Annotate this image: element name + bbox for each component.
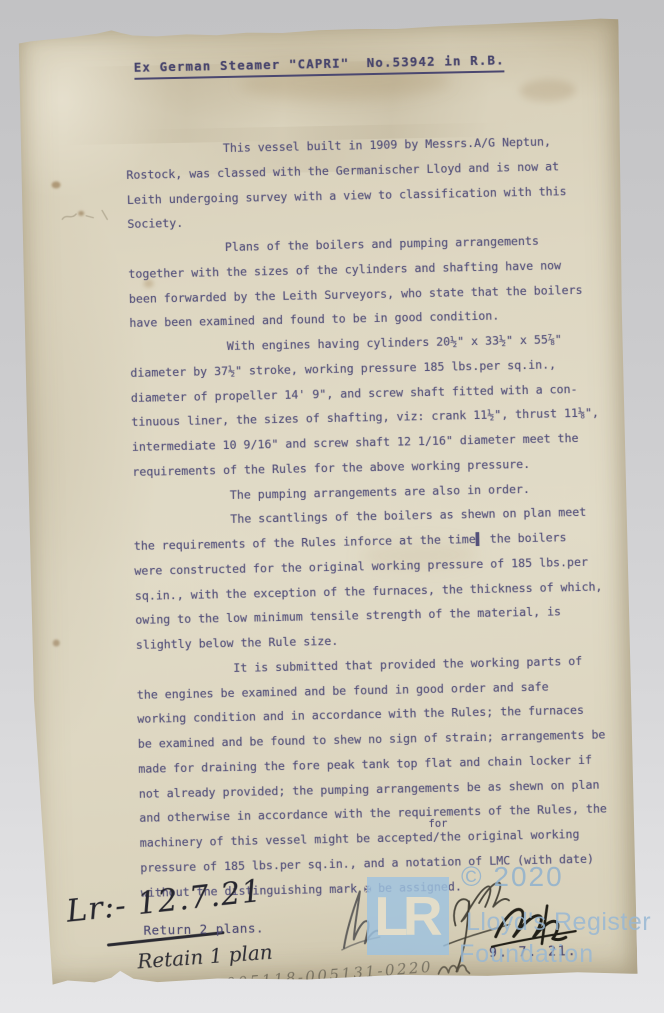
inserted-word: for	[428, 812, 447, 837]
signature-pencil-initials	[333, 881, 390, 967]
typed-note: Return 2 plans.	[143, 920, 264, 937]
typed-body: This vessel built in 1909 by Messrs.A/G …	[126, 129, 609, 905]
document-title-text: Ex German Steamer "CAPRI" No.53942 in R.…	[134, 52, 505, 79]
handwritten-note: Retain 1 plan	[136, 940, 273, 974]
signature-initials-dark	[483, 893, 584, 955]
paper-stain	[520, 79, 576, 102]
paper-stain	[53, 639, 60, 646]
photo-background: { "document": { "title": "Ex German Stea…	[0, 0, 664, 1013]
faint-pencil-marks	[56, 196, 127, 231]
paper-stain	[52, 181, 61, 188]
document-title: Ex German Steamer "CAPRI" No.53942 in R.…	[19, 50, 619, 77]
document-paper: Ex German Steamer "CAPRI" No.53942 in R.…	[18, 18, 637, 986]
